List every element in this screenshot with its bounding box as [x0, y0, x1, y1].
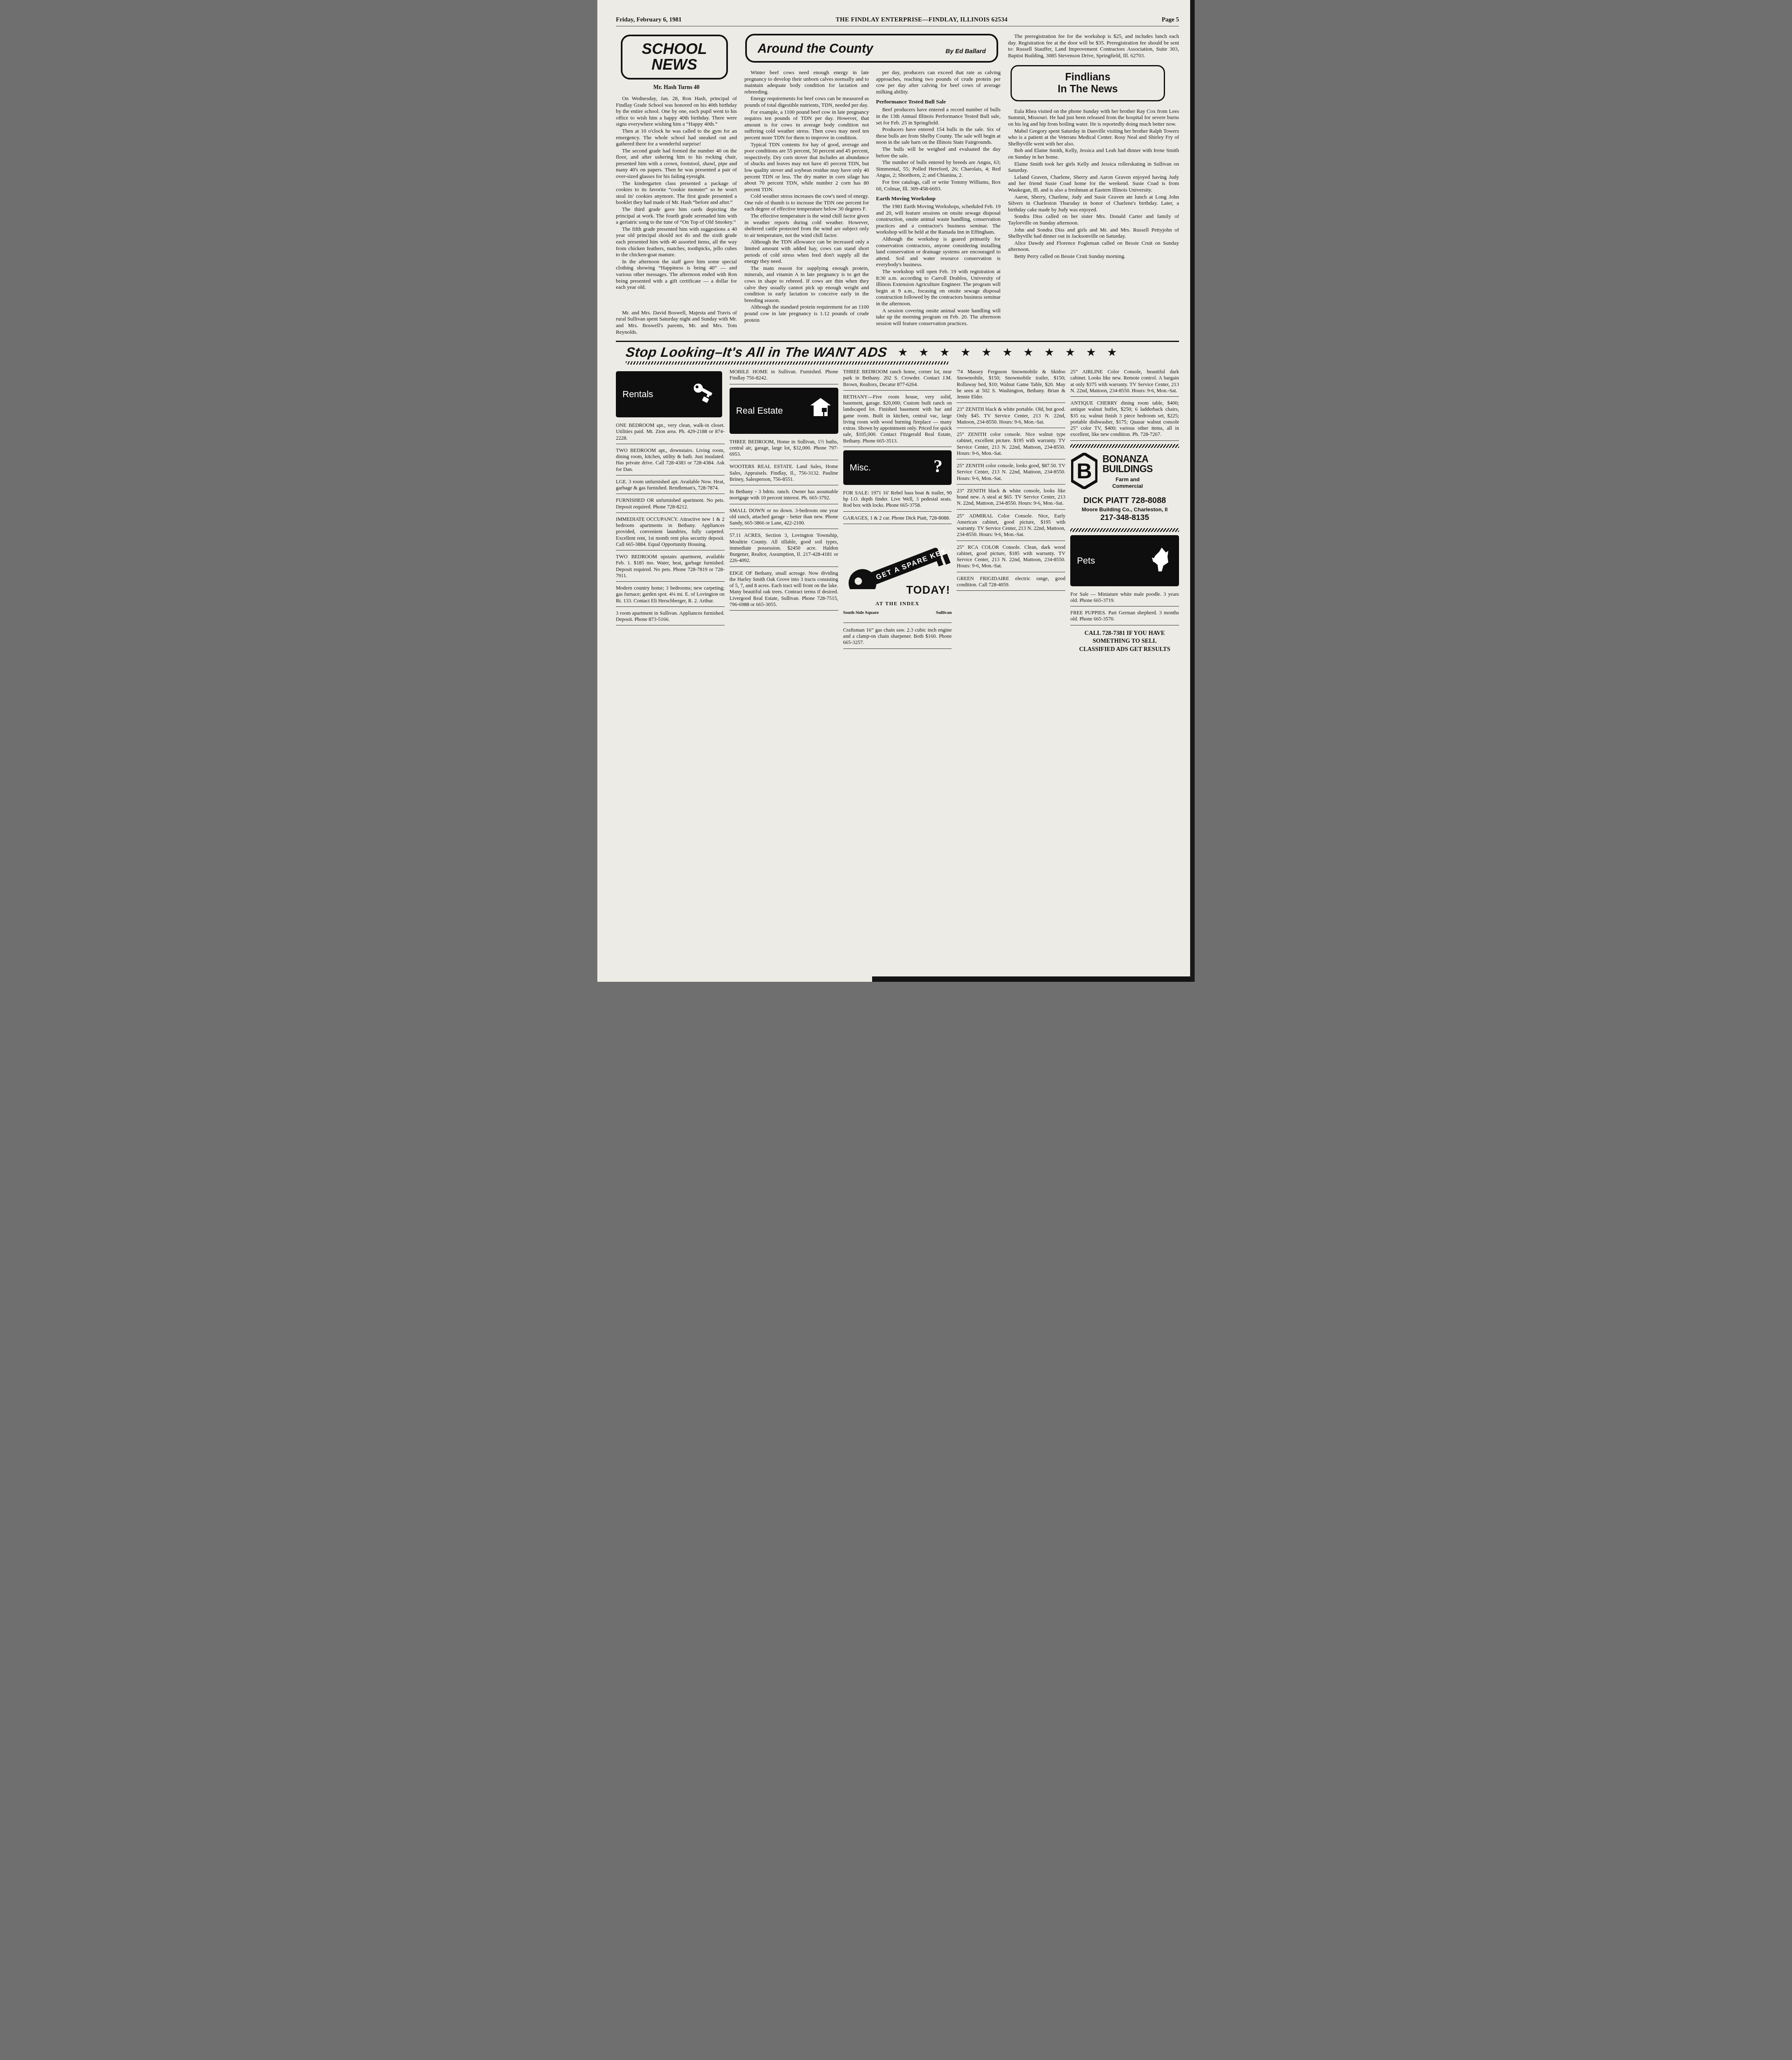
call-to-sell-block: CALL 728-7381 IF YOU HAVESOMETHING TO SE… — [1070, 630, 1179, 654]
school-news-body: On Wednesday, Jan. 28, Ron Hash, princip… — [616, 95, 737, 290]
around-county-column: Around the County By Ed Ballard Winter b… — [744, 33, 1001, 335]
spare-key-icon: GET A SPARE KEY . . — [843, 527, 952, 589]
page-header: Friday, February 6, 1981 THE FINDLAY ENT… — [616, 16, 1179, 26]
classified-ad: '74 Massey Ferguson Snowmobile & Skidoo … — [957, 369, 1065, 403]
svg-text:?: ? — [933, 456, 943, 476]
call-to-sell-line: CLASSIFIED ADS GET RESULTS — [1070, 646, 1179, 654]
paragraph: Sondra Diss called on her sister Mrs. Do… — [1008, 213, 1179, 226]
school-news-title-line2: NEWS — [625, 57, 724, 73]
paragraph: The kindergarten class presented a packa… — [616, 180, 737, 206]
col5-top-ads: 25” AIRLINE Color Console, beautiful dar… — [1070, 369, 1179, 441]
paragraph: In the afternoon the staff gave him some… — [616, 258, 737, 290]
paragraph: The preregistration fee for the workshop… — [1008, 33, 1179, 59]
findlians-body: Eula Rhea visited on the phone Sunday wi… — [1008, 108, 1179, 260]
paragraph: Beef producers have entered a record num… — [876, 106, 1001, 126]
editorial-section: SCHOOL NEWS Mr. Hash Turns 40 On Wednesd… — [616, 33, 1179, 335]
index-location-left: South Side Square — [843, 610, 879, 615]
classified-col-realestate: MOBILE HOME in Sullivan. Furnished. Phon… — [730, 369, 838, 614]
paragraph: Betty Perry called on Bessie Cruit Sunda… — [1008, 253, 1179, 260]
misc-category-box: Misc. ? — [843, 450, 952, 485]
around-county-header-box: Around the County By Ed Ballard — [745, 34, 998, 63]
rentals-label: Rentals — [622, 389, 653, 400]
paragraph: A session covering onsite animal waste h… — [876, 307, 1001, 327]
dog-icon — [1149, 547, 1172, 575]
findlians-title-line2: In The News — [1013, 83, 1162, 95]
paragraph: Producers have entered 154 bulls in the … — [876, 126, 1001, 145]
real-estate-label: Real Estate — [736, 405, 783, 416]
classified-ad: BETHANY—Five room house, very solid, bas… — [843, 394, 952, 447]
classified-ad: 25” ZENITH color console, looks good, $8… — [957, 463, 1065, 485]
issue-date: Friday, February 6, 1981 — [616, 16, 682, 23]
classified-ad: SMALL DOWN or no down. 3-bedroom one yea… — [730, 508, 838, 529]
paragraph: The workshop will open Feb. 19 with regi… — [876, 268, 1001, 307]
classified-ad: FOR SALE: 1971 16' Rebel bass boat & tra… — [843, 490, 952, 512]
school-news-title-line1: SCHOOL — [625, 41, 724, 57]
classified-ad: THREE BEDROOM, Home in Sullivan, 1½ bath… — [730, 439, 838, 461]
paragraph: The effective temperature is the wind ch… — [744, 213, 869, 238]
classified-ad: MOBILE HOME in Sullivan. Furnished. Phon… — [730, 369, 838, 384]
pets-category-box: Pets — [1070, 535, 1179, 586]
zigzag-rule-top — [1070, 444, 1179, 448]
classified-ad: FREE PUPPIES. Part German shepherd. 3 mo… — [1070, 610, 1179, 625]
classified-ad: FURNISHED OR unfurnished apartment. No p… — [616, 497, 725, 513]
bull-sale-heading: Performance Tested Bull Sale — [876, 98, 1001, 105]
key-icon — [692, 382, 716, 406]
pets-ads: For Sale — Miniature white male poodle. … — [1070, 591, 1179, 625]
around-county-col2: per day, producers can exceed that rate … — [876, 69, 1001, 326]
paragraph: Mabel Gregory spent Saturday in Danville… — [1008, 128, 1179, 147]
paragraph: Elaine Smith took her girls Kelly and Je… — [1008, 161, 1179, 173]
around-county-col2-intro: per day, producers can exceed that rate … — [876, 69, 1001, 95]
classified-ad: 57.11 ACRES, Section 3, Lovington Townsh… — [730, 532, 838, 566]
classified-ad: 3 room apartment in Sullivan. Appliances… — [616, 610, 725, 626]
question-mark-icon: ? — [931, 456, 945, 479]
classified-ad: For Sale — Miniature white male poodle. … — [1070, 591, 1179, 607]
classified-ad: GARAGES, 1 & 2 car. Phone Dick Piatt, 72… — [843, 515, 952, 524]
want-ads-banner: Stop Looking–It's All in The WANT ADS ★ … — [616, 344, 1179, 360]
classifieds-section: Rentals ONE BEDROOM apt., very clean, wa… — [616, 369, 1179, 653]
want-ads-banner-text: Stop Looking–It's All in The WANT ADS — [625, 344, 888, 360]
around-county-title: Around the County — [758, 41, 873, 56]
classified-ad: 25” AIRLINE Color Console, beautiful dar… — [1070, 369, 1179, 397]
bull-sale-body: Beef producers have entered a record num… — [876, 106, 1001, 192]
findlians-title-line1: Findlians — [1013, 71, 1162, 83]
paragraph: The third grade gave him cards depicting… — [616, 206, 737, 225]
paragraph: Aaron, Sherry, Charlene, Judy and Susie … — [1008, 194, 1179, 213]
pets-label: Pets — [1077, 555, 1095, 566]
real-estate-category-box: Real Estate — [730, 388, 838, 434]
around-county-body: Winter beef cows need enough energy in l… — [744, 69, 1001, 326]
classified-ad: GREEN FRIGIDAIRE electric range, good co… — [957, 576, 1065, 591]
call-to-sell-line: CALL 728-7381 IF YOU HAVE — [1070, 630, 1179, 638]
paragraph: The bulls will be weighed and evaluated … — [876, 146, 1001, 159]
page-number: Page 5 — [1162, 16, 1179, 23]
boswell-family-note: Mr. and Mrs. David Boswell, Majesta and … — [616, 309, 737, 335]
scan-right-edge — [1190, 0, 1195, 982]
bonanza-phone: 217-348-8135 — [1071, 513, 1178, 522]
paragraph: The number of bulls entered by breeds ar… — [876, 159, 1001, 178]
misc-top-ads: THREE BEDROOM ranch home, corner lot, ne… — [843, 369, 952, 447]
preregistration-note: The preregistration fee for the workshop… — [1008, 33, 1179, 59]
paragraph: Alice Dawdy and Florence Fogleman called… — [1008, 240, 1179, 253]
classified-ad: Modern country home; 3 bedrooms; new car… — [616, 585, 725, 607]
school-news-column: SCHOOL NEWS Mr. Hash Turns 40 On Wednesd… — [616, 33, 737, 335]
realestate-ads: THREE BEDROOM, Home in Sullivan, 1½ bath… — [730, 439, 838, 611]
at-the-index-label: AT THE INDEX — [843, 601, 952, 607]
classified-ad: 25” RCA COLOR Console. Clean, dark wood … — [957, 544, 1065, 572]
zigzag-rule-bottom — [1070, 528, 1179, 532]
paragraph: The 1981 Earth Moving Workshops, schedul… — [876, 203, 1001, 235]
spare-key-promo: GET A SPARE KEY . . TODAY! AT THE INDEX … — [843, 527, 952, 623]
classified-col-misc: THREE BEDROOM ranch home, corner lot, ne… — [843, 369, 952, 652]
classified-col-pets: 25” AIRLINE Color Console, beautiful dar… — [1070, 369, 1179, 653]
earth-workshop-body: The 1981 Earth Moving Workshops, schedul… — [876, 203, 1001, 326]
classified-ad: WOOTERS REAL ESTATE. Land Sales, Home Sa… — [730, 463, 838, 485]
svg-text:B: B — [1076, 459, 1092, 483]
paragraph: Although the standard protein requiremen… — [744, 304, 869, 323]
paragraph: For example, a 1100 pound beef cow in la… — [744, 109, 869, 141]
paragraph: On Wednesday, Jan. 28, Ron Hash, princip… — [616, 95, 737, 127]
bonanza-tagline1: Farm and — [1102, 476, 1153, 483]
bonanza-company: Moore Building Co., Charleston, Il — [1071, 506, 1178, 513]
classified-ad: 23” ZENITH black & white console, looks … — [957, 488, 1065, 510]
star-icons: ★ ★ ★ ★ ★ ★ ★ ★ ★ ★ ★ — [898, 346, 1121, 359]
paragraph: Cold weather stress increases the cow's … — [744, 193, 869, 212]
misc-ads: FOR SALE: 1971 16' Rebel bass boat & tra… — [843, 490, 952, 524]
rentals-category-box: Rentals — [616, 371, 722, 417]
classified-ad: TWO BEDROOM apt., downstairs. Living roo… — [616, 447, 725, 475]
classified-col-tv: '74 Massey Ferguson Snowmobile & Skidoo … — [957, 369, 1065, 594]
classified-ad: 23” ZENITH black & white portable. Old, … — [957, 406, 1065, 428]
newspaper-page: Friday, February 6, 1981 THE FINDLAY ENT… — [597, 0, 1195, 982]
index-address-row: South Side Square Sullivan — [843, 610, 952, 615]
classified-ad: THREE BEDROOM ranch home, corner lot, ne… — [843, 369, 952, 391]
rentals-ads: ONE BEDROOM apt., very clean, walk-in cl… — [616, 422, 725, 625]
paragraph: Although the workshop is geared primaril… — [876, 236, 1001, 268]
bonanza-dealer: DICK PIATT 728-8088 — [1071, 496, 1178, 506]
paragraph: The fifth grade presented him with sugge… — [616, 226, 737, 258]
bonanza-buildings-ad: B BONANZA BUILDINGS Farm and Commercial … — [1070, 451, 1179, 527]
paragraph: For free catalogs, call or write Tommy W… — [876, 179, 1001, 192]
paragraph: Bob and Elaine Smith, Kelly, Jessica and… — [1008, 147, 1179, 160]
classified-ad: 25” ZENITH color console. Nice walnut ty… — [957, 431, 1065, 459]
header-rule — [616, 26, 1179, 26]
classified-ad: ANTIQUE CHERRY dining room table, $400; … — [1070, 400, 1179, 441]
index-location-right: Sullivan — [936, 610, 952, 615]
earth-workshop-heading: Earth Moving Workshop — [876, 195, 1001, 202]
classified-ad: 25” ADMIRAL Color Console. Nice, Early A… — [957, 513, 1065, 541]
findlians-column: The preregistration fee for the workshop… — [1008, 33, 1179, 335]
scan-bottom-edge — [872, 976, 1190, 982]
article-subhead: Mr. Hash Turns 40 — [616, 84, 737, 91]
misc-bottom-ads: Craftsman 16” gas chain saw. 2.3 cubic i… — [843, 627, 952, 649]
paragraph: Eula Rhea visited on the phone Sunday wi… — [1008, 108, 1179, 127]
classified-ad: EDGE OF Bethany, small acreage. Now divi… — [730, 570, 838, 611]
bonanza-name-line1: BONANZA — [1102, 454, 1153, 464]
call-to-sell-line: SOMETHING TO SELL — [1070, 637, 1179, 646]
paragraph: Then at 10 o'clock he was called to the … — [616, 128, 737, 147]
bonanza-tagline2: Commercial — [1102, 483, 1153, 489]
paragraph: Typical TDN contents for hay of good, av… — [744, 141, 869, 193]
classified-col-rentals: Rentals ONE BEDROOM apt., very clean, wa… — [616, 369, 725, 629]
paragraph: Mr. and Mrs. David Boswell, Majesta and … — [616, 309, 737, 335]
around-county-byline: By Ed Ballard — [945, 48, 986, 56]
bonanza-name-line2: BUILDINGS — [1102, 464, 1153, 474]
classified-ad: LGE. 3 room unfurnished apt. Available N… — [616, 479, 725, 494]
paragraph: Although the TDN allowance can be increa… — [744, 239, 869, 264]
paragraph: per day, producers can exceed that rate … — [876, 69, 1001, 95]
banner-hatched-underline — [626, 361, 948, 365]
paragraph: The second grade had formed the number 4… — [616, 147, 737, 180]
classified-ad: Craftsman 16” gas chain saw. 2.3 cubic i… — [843, 627, 952, 649]
findlians-header-box: Findlians In The News — [1011, 65, 1165, 101]
school-news-header-box: SCHOOL NEWS — [621, 35, 728, 80]
realestate-top-ads: MOBILE HOME in Sullivan. Furnished. Phon… — [730, 369, 838, 384]
house-sign-icon — [809, 398, 832, 424]
classified-ad: In Bethany - 3 bdrm. ranch. Owner has as… — [730, 489, 838, 504]
classified-ad: IMMEDIATE OCCUPANCY. Attractive new 1 & … — [616, 516, 725, 550]
paragraph: Winter beef cows need enough energy in l… — [744, 69, 869, 95]
masthead: THE FINDLAY ENTERPRISE—FINDLAY, ILLINOIS… — [835, 16, 1008, 23]
banner-top-rule — [616, 341, 1179, 342]
tv-ads: '74 Massey Ferguson Snowmobile & Skidoo … — [957, 369, 1065, 591]
bonanza-b-logo: B — [1071, 453, 1097, 491]
paragraph: John and Sondra Diss and girls and Mr. a… — [1008, 227, 1179, 239]
paragraph: Leland Graven, Charlene, Sherry and Aaro… — [1008, 174, 1179, 193]
paragraph: Energy requirements for beef cows can be… — [744, 95, 869, 108]
classified-ad: TWO BEDROOM upstairs apartment, availabl… — [616, 554, 725, 582]
misc-label: Misc. — [850, 462, 871, 473]
classified-ad: ONE BEDROOM apt., very clean, walk-in cl… — [616, 422, 725, 444]
around-county-col1: Winter beef cows need enough energy in l… — [744, 69, 869, 326]
paragraph: The main reason for supplying enough pro… — [744, 265, 869, 304]
